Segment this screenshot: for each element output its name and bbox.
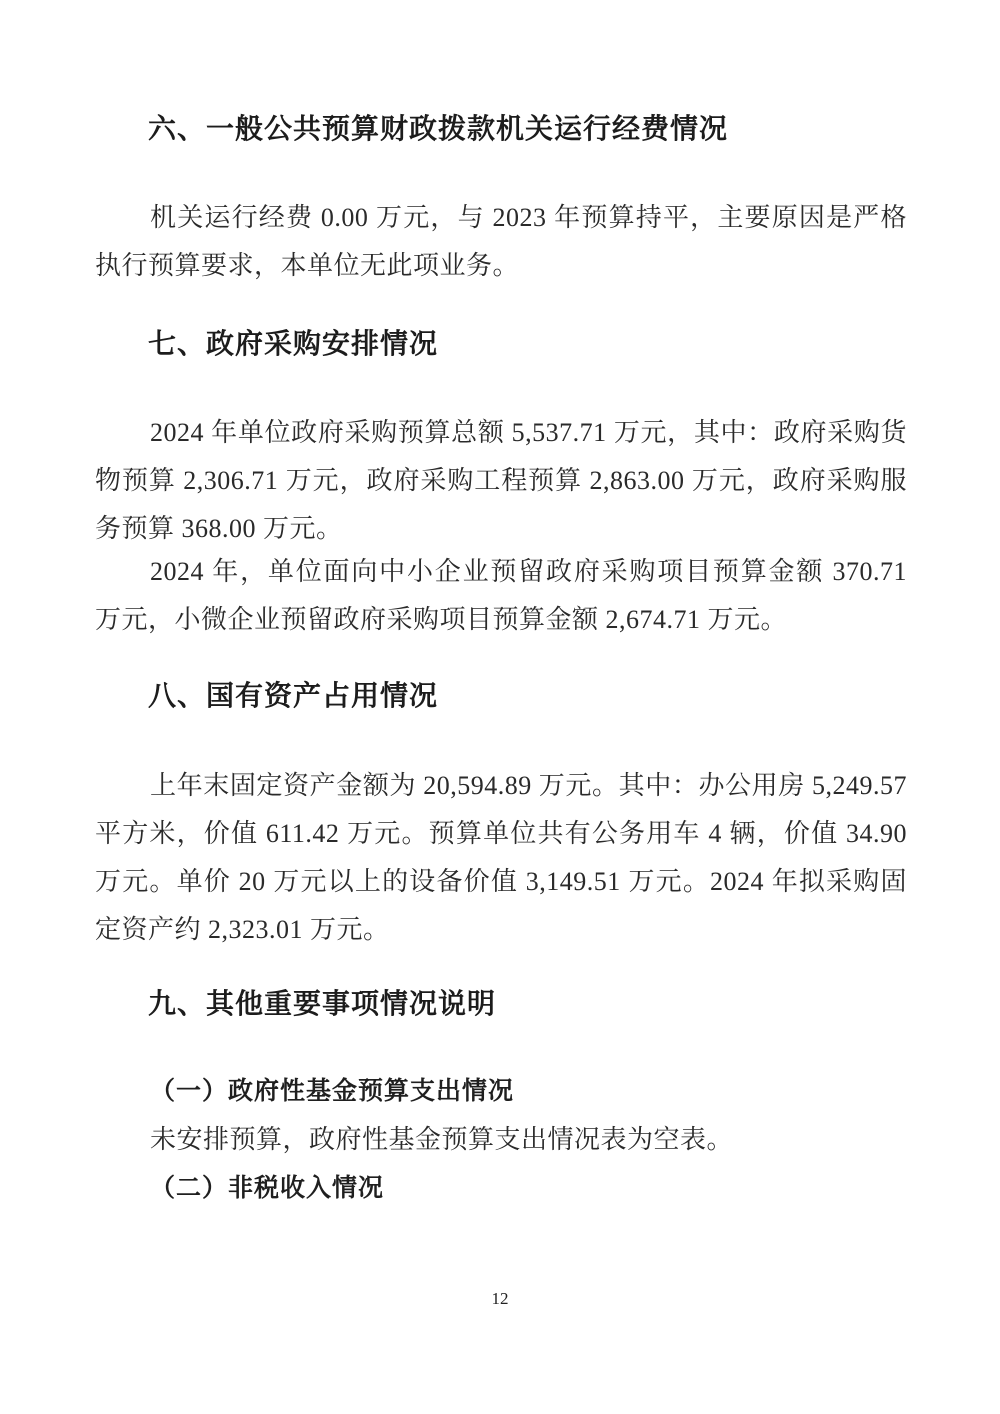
- paragraph-line: 未安排预算，政府性基金预算支出情况表为空表。: [95, 1116, 907, 1164]
- paragraph-line: 2024 年，单位面向中小企业预留政府采购项目预算金额 370.71: [95, 548, 907, 596]
- paragraph-line: 2024 年单位政府采购预算总额 5,537.71 万元，其中：政府采购货: [95, 409, 907, 457]
- section-heading-7: 七、政府采购安排情况: [95, 324, 907, 364]
- paragraph-line: 机关运行经费 0.00 万元，与 2023 年预算持平，主要原因是严格: [95, 194, 907, 242]
- paragraph-line: 务预算 368.00 万元。: [95, 505, 907, 553]
- paragraph-line: 万元。单价 20 万元以上的设备价值 3,149.51 万元。2024 年拟采购…: [95, 858, 907, 906]
- section-heading-6: 六、一般公共预算财政拨款机关运行经费情况: [95, 109, 907, 149]
- paragraph-line: 执行预算要求，本单位无此项业务。: [95, 242, 907, 290]
- document-page: 六、一般公共预算财政拨款机关运行经费情况 机关运行经费 0.00 万元，与 20…: [0, 0, 1000, 1414]
- page-number: 12: [0, 1288, 1000, 1310]
- paragraph-line: 上年末固定资产金额为 20,594.89 万元。其中：办公用房 5,249.57: [95, 762, 907, 810]
- paragraph-line: 物预算 2,306.71 万元，政府采购工程预算 2,863.00 万元，政府采…: [95, 457, 907, 505]
- paragraph-line: 定资产约 2,323.01 万元。: [95, 906, 907, 954]
- section-heading-8: 八、国有资产占用情况: [95, 676, 907, 716]
- section-heading-9: 九、其他重要事项情况说明: [95, 984, 907, 1024]
- paragraph-line: 万元，小微企业预留政府采购项目预算金额 2,674.71 万元。: [95, 596, 907, 644]
- subsection-heading-1: （一）政府性基金预算支出情况: [95, 1072, 907, 1112]
- subsection-heading-2: （二）非税收入情况: [95, 1169, 907, 1209]
- paragraph-line: 平方米，价值 611.42 万元。预算单位共有公务用车 4 辆，价值 34.90: [95, 810, 907, 858]
